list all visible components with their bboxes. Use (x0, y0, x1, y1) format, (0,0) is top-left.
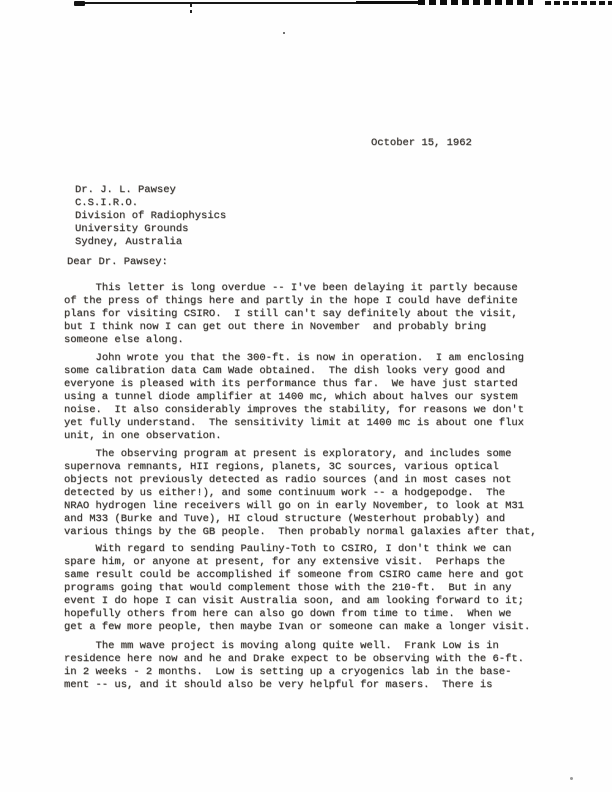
scan-artifact-top-line (85, 2, 358, 4)
scan-artifact-blob (74, 1, 85, 6)
salutation: Dear Dr. Pawsey: (67, 256, 168, 269)
scan-artifact-dot (283, 32, 285, 34)
scan-artifact-dashes-right (418, 0, 533, 5)
paragraph-300ft-telescope: John wrote you that the 300-ft. is now i… (64, 352, 564, 443)
paragraph-pauliny-toth: With regard to sending Pauliny-Toth to C… (64, 543, 564, 634)
scan-artifact-colon-mark (190, 4, 192, 7)
scan-artifact-thick-bar (356, 1, 418, 4)
scan-artifact-colon-mark (190, 10, 192, 13)
letter-page: October 15, 1962 Dr. J. L. Pawsey C.S.I.… (0, 0, 612, 792)
recipient-address: Dr. J. L. Pawsey C.S.I.R.O. Division of … (75, 184, 226, 249)
paragraph-observing-program: The observing program at present is expl… (64, 448, 564, 539)
scan-artifact-dot-bottom (570, 777, 573, 780)
letter-date: October 15, 1962 (371, 137, 472, 150)
paragraph-visit-plans: This letter is long overdue -- I've been… (64, 282, 564, 347)
scan-artifact-dashes-corner (545, 1, 612, 5)
paragraph-mm-wave-project: The mm wave project is moving along quit… (64, 640, 564, 692)
